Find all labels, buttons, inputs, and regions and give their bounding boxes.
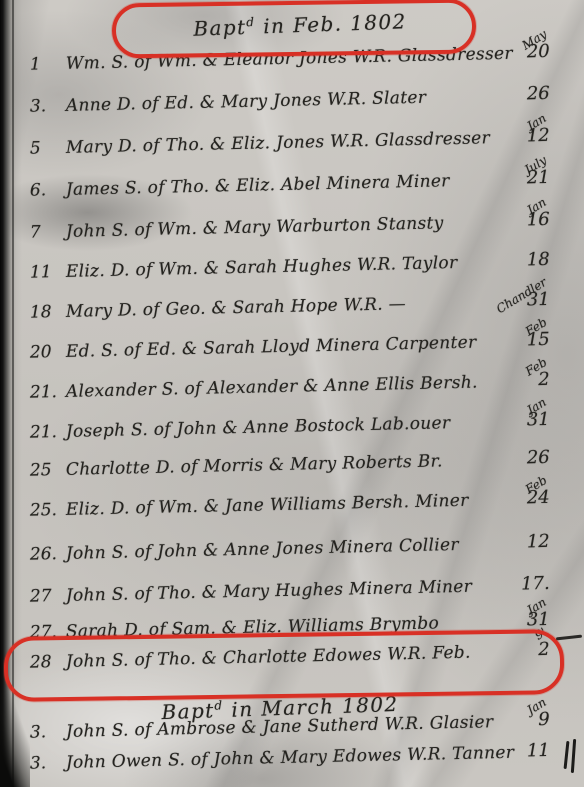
baptism-entry: Eliz. D. of Wm. & Jane Williams Bersh. M… <box>66 491 469 520</box>
baptism-entry: Joseph S. of John & Anne Bostock Lab.oue… <box>66 413 451 442</box>
birth-date: July21 <box>527 167 550 189</box>
day-of-month: 6. <box>30 180 47 200</box>
baptism-entry: John S. of Ambrose & Jane Sutherd W.R. G… <box>66 712 494 742</box>
register-row: 5Mary D. of Tho. & Eliz. Jones W.R. Glas… <box>16 123 584 170</box>
baptism-entry: Ed. S. of Ed. & Sarah Lloyd Minera Carpe… <box>66 333 477 362</box>
birth-date: Feb2 <box>538 369 550 390</box>
register-row: 25.Eliz. D. of Wm. & Jane Williams Bersh… <box>16 485 584 532</box>
margin-day: 26 <box>527 447 550 469</box>
register-row: 7John S. of Wm. & Mary Warburton Stansty… <box>16 207 584 254</box>
birth-date: Feb15 <box>527 329 550 351</box>
day-of-month: 5 <box>30 138 41 158</box>
day-of-month: 25 <box>30 460 52 480</box>
margin-day: 11 <box>527 740 550 762</box>
register-row: 25Charlotte D. of Morris & Mary Roberts … <box>16 445 584 492</box>
baptism-entry: Anne D. of Ed. & Mary Jones W.R. Slater <box>66 88 427 116</box>
birth-date: Jan16 <box>527 209 550 231</box>
day-of-month: 25. <box>30 500 57 521</box>
birth-date: Feb24 <box>527 487 550 509</box>
day-of-month: 21. <box>30 382 57 403</box>
baptism-entry: John S. of Wm. & Mary Warburton Stansty <box>66 213 444 242</box>
birth-date: Jan9 <box>538 709 550 730</box>
red-annotation-oval-row28 <box>4 629 565 702</box>
birth-date: 26 <box>527 83 550 105</box>
baptism-entry: John S. of Tho. & Mary Hughes Minera Min… <box>66 577 473 606</box>
baptism-entry: Alexander S. of Alexander & Anne Ellis B… <box>66 373 478 402</box>
margin-day: 18 <box>527 249 550 271</box>
birth-date: 18 <box>527 249 550 271</box>
register-row: 18Mary D. of Geo. & Sarah Hope W.R. —Cha… <box>16 287 584 334</box>
day-of-month: 1 <box>30 54 41 74</box>
birth-date: 26 <box>527 447 550 469</box>
scanned-register-page: Baptd in Feb. 1802 1Wm. S. of Wm. & Elea… <box>0 0 584 787</box>
day-of-month: 21. <box>30 422 57 443</box>
baptism-entry: James S. of Tho. & Eliz. Abel Minera Min… <box>66 171 450 200</box>
day-of-month: 26. <box>30 544 57 565</box>
birth-date: May20 <box>527 41 550 63</box>
birth-date: Jan31 <box>527 409 550 431</box>
day-of-month: 3. <box>30 753 47 773</box>
day-of-month: 3. <box>30 96 47 116</box>
margin-day: 12 <box>527 531 550 553</box>
margin-day: 17. <box>521 573 550 595</box>
day-of-month: 3. <box>30 722 47 742</box>
birth-date: Jan12 <box>527 125 550 147</box>
register-row: 11Eliz. D. of Wm. & Sarah Hughes W.R. Ta… <box>16 247 584 294</box>
register-row: 26.John S. of John & Anne Jones Minera C… <box>16 529 584 576</box>
register-row: 20Ed. S. of Ed. & Sarah Lloyd Minera Car… <box>16 327 584 374</box>
birth-date: 11 <box>527 740 550 762</box>
margin-day: 26 <box>527 83 550 105</box>
day-of-month: 20 <box>30 342 52 362</box>
register-row: 6.James S. of Tho. & Eliz. Abel Minera M… <box>16 165 584 212</box>
birth-date: 12 <box>527 531 550 553</box>
day-of-month: 7 <box>30 222 41 242</box>
day-of-month: 11 <box>30 262 52 282</box>
baptism-entry: John S. of John & Anne Jones Minera Coll… <box>66 535 459 564</box>
birth-date: 17. <box>521 573 550 595</box>
baptism-entry: Eliz. D. of Wm. & Sarah Hughes W.R. Tayl… <box>66 253 458 282</box>
header-superscript: d <box>214 698 224 712</box>
register-row: 21.Alexander S. of Alexander & Anne Elli… <box>16 367 584 414</box>
day-of-month: 18 <box>30 302 52 322</box>
register-row: 3.Anne D. of Ed. & Mary Jones W.R. Slate… <box>16 81 584 128</box>
baptism-entry: Mary D. of Geo. & Sarah Hope W.R. — <box>66 294 407 322</box>
birth-date: Chandler31 <box>527 289 550 311</box>
baptism-entry: Charlotte D. of Morris & Mary Roberts Br… <box>66 451 443 480</box>
day-of-month: 27 <box>30 586 52 606</box>
baptism-entry: Mary D. of Tho. & Eliz. Jones W.R. Glass… <box>66 128 491 158</box>
red-annotation-oval-header <box>112 0 477 59</box>
